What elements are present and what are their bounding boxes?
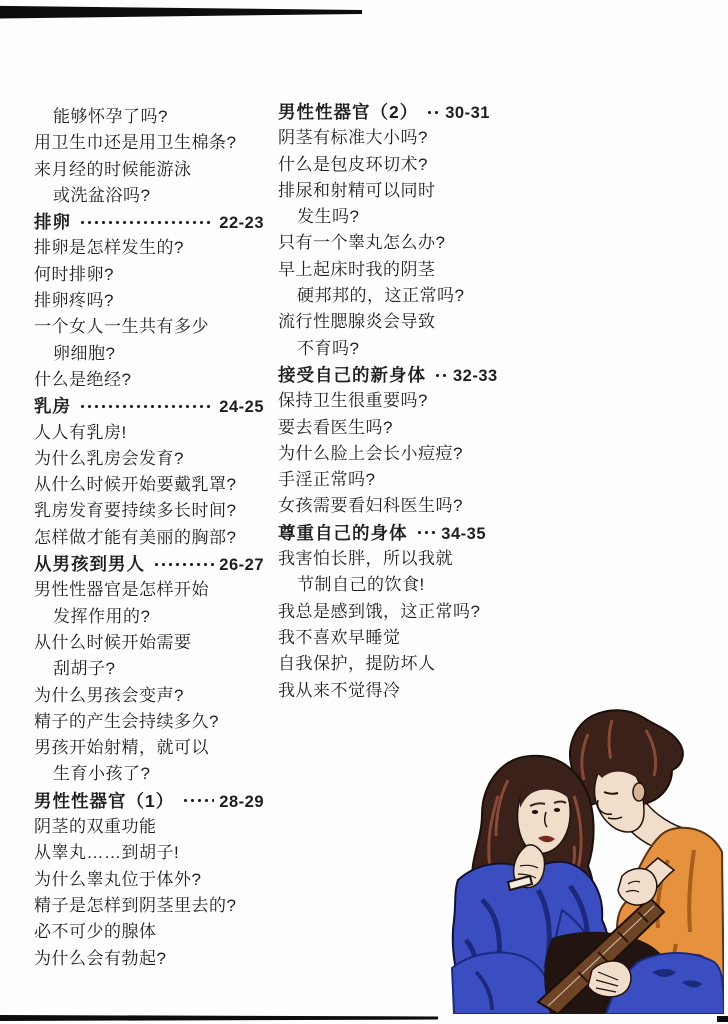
toc-text: 要去看医生吗? (278, 415, 393, 441)
toc-text: 必不可少的腺体 (34, 919, 157, 945)
toc-text: 早上起床时我的阴茎 (278, 257, 436, 283)
toc-text: 男性性器官是怎样开始 (34, 577, 209, 603)
toc-text: 排卵疼吗? (34, 288, 114, 314)
toc-section-heading: 男性性器官（2）30-31 (278, 99, 486, 125)
bottom-scan-bar (0, 1015, 438, 1021)
girl-eye (532, 810, 538, 814)
toc-question-item: 为什么会有勃起? (34, 946, 264, 972)
toc-text: 从什么时候开始需要 (34, 630, 192, 656)
toc-question-item: 男孩开始射精，就可以 (34, 735, 264, 761)
toc-question-item: 我总是感到饿，这正常吗? (278, 599, 486, 625)
toc-question-item: 早上起床时我的阴茎 (278, 257, 486, 283)
toc-question-item: 一个女人一生共有多少 (34, 314, 264, 340)
toc-question-item: 什么是包皮环切术? (278, 152, 486, 178)
toc-section-heading: 接受自己的新身体32-33 (278, 362, 486, 388)
toc-question-item: 何时排卵? (34, 262, 264, 288)
toc-question-item: 刮胡子? (34, 656, 264, 682)
toc-section-heading: 男性性器官（1）28-29 (34, 788, 264, 814)
toc-question-item: 卵细胞? (34, 341, 264, 367)
toc-question-item: 要去看医生吗? (278, 415, 486, 441)
toc-text: 用卫生巾还是用卫生棉条? (34, 130, 236, 156)
toc-question-item: 我不喜欢早睡觉 (278, 625, 486, 651)
toc-question-item: 手淫正常吗? (278, 467, 486, 493)
toc-question-item: 男性性器官是怎样开始 (34, 577, 264, 603)
toc-text: 何时排卵? (34, 262, 114, 288)
toc-question-item: 能够怀孕了吗? (34, 104, 264, 130)
toc-question-item: 阴茎的双重功能 (34, 814, 264, 840)
toc-text: 为什么脸上会长小痘痘? (278, 441, 463, 467)
teens-guitar-illustration (442, 700, 724, 1014)
dot-leader (79, 402, 214, 411)
toc-question-item: 女孩需要看妇科医生吗? (278, 493, 486, 519)
toc-question-item: 为什么睾丸位于体外? (34, 867, 264, 893)
toc-text: 排卵是怎样发生的? (34, 235, 184, 261)
girl-eye (554, 808, 560, 812)
toc-text: 来月经的时候能游泳 (34, 157, 192, 183)
toc-column-right: 男性性器官（2）30-31阴茎有标准大小吗?什么是包皮环切术?排尿和射精可以同时… (278, 99, 486, 704)
toc-question-item: 人人有乳房! (34, 420, 264, 446)
page-range: 32-33 (453, 363, 498, 389)
toc-question-item: 从什么时候开始需要 (34, 630, 264, 656)
toc-question-item: 阴茎有标准大小吗? (278, 125, 486, 151)
toc-text: 不育吗? (297, 336, 359, 362)
dot-leader (182, 796, 214, 805)
toc-text: 能够怀孕了吗? (53, 104, 168, 130)
toc-text: 或洗盆浴吗? (53, 183, 150, 209)
toc-text: 女孩需要看妇科医生吗? (278, 493, 463, 519)
toc-text: 刮胡子? (53, 656, 115, 682)
toc-text: 精子的产生会持续多久? (34, 709, 219, 735)
toc-question-item: 为什么男孩会变声? (34, 683, 264, 709)
toc-question-item: 用卫生巾还是用卫生棉条? (34, 130, 264, 156)
toc-question-item: 节制自己的饮食! (278, 572, 486, 598)
toc-text: 从睾丸……到胡子! (34, 840, 179, 866)
toc-text: 男性性器官（1） (34, 788, 174, 814)
page-range: 24-25 (219, 394, 264, 420)
toc-text: 乳房 (34, 393, 71, 419)
toc-question-item: 必不可少的腺体 (34, 919, 264, 945)
toc-question-item: 怎样做才能有美丽的胸部? (34, 525, 264, 551)
book-page: { "colors": { "paper": "#fefefe", "ink":… (0, 0, 728, 1024)
toc-text: 为什么睾丸位于体外? (34, 867, 201, 893)
toc-question-item: 自我保护，提防坏人 (278, 651, 486, 677)
toc-question-item: 精子是怎样到阴茎里去的? (34, 893, 264, 919)
toc-text: 排尿和射精可以同时 (278, 178, 436, 204)
toc-text: 只有一个睾丸怎么办? (278, 230, 445, 256)
page-range: 34-35 (441, 521, 486, 547)
toc-question-item: 发挥作用的? (34, 604, 264, 630)
toc-question-item: 排卵是怎样发生的? (34, 235, 264, 261)
toc-text: 自我保护，提防坏人 (278, 651, 436, 677)
toc-text: 阴茎的双重功能 (34, 814, 157, 840)
toc-text: 什么是绝经? (34, 367, 131, 393)
toc-question-item: 为什么乳房会发育? (34, 446, 264, 472)
toc-question-item: 保持卫生很重要吗? (278, 388, 486, 414)
toc-question-item: 发生吗? (278, 204, 486, 230)
boy-ear (633, 783, 645, 801)
toc-text: 我从来不觉得冷 (278, 678, 401, 704)
toc-text: 为什么会有勃起? (34, 946, 166, 972)
toc-text: 精子是怎样到阴茎里去的? (34, 893, 236, 919)
dot-leader (434, 371, 448, 380)
toc-question-item: 精子的产生会持续多久? (34, 709, 264, 735)
toc-text: 乳房发育要持续多长时间? (34, 498, 236, 524)
toc-text: 手淫正常吗? (278, 467, 375, 493)
corner-scan-mark (717, 1016, 728, 1022)
toc-section-heading: 从男孩到男人26-27 (34, 551, 264, 577)
toc-question-item: 为什么脸上会长小痘痘? (278, 441, 486, 467)
dot-leader (153, 560, 214, 569)
toc-question-item: 排尿和射精可以同时 (278, 178, 486, 204)
toc-text: 什么是包皮环切术? (278, 152, 428, 178)
page-range: 30-31 (445, 100, 490, 126)
toc-question-item: 我害怕长胖，所以我就 (278, 546, 486, 572)
toc-text: 节制自己的饮食! (297, 572, 425, 598)
toc-question-item: 或洗盆浴吗? (34, 183, 264, 209)
top-scan-bar (0, 5, 362, 19)
toc-text: 从什么时候开始要戴乳罩? (34, 472, 236, 498)
toc-text: 男孩开始射精，就可以 (34, 735, 209, 761)
toc-text: 接受自己的新身体 (278, 362, 426, 388)
toc-text: 阴茎有标准大小吗? (278, 125, 428, 151)
toc-column-left: 能够怀孕了吗?用卫生巾还是用卫生棉条?来月经的时候能游泳或洗盆浴吗?排卵22-2… (34, 104, 264, 972)
toc-text: 流行性腮腺炎会导致 (278, 309, 436, 335)
toc-text: 排卵 (34, 209, 71, 235)
toc-question-item: 什么是绝经? (34, 367, 264, 393)
toc-text: 硬邦邦的，这正常吗? (297, 283, 464, 309)
toc-question-item: 只有一个睾丸怎么办? (278, 230, 486, 256)
toc-section-heading: 排卵22-23 (34, 209, 264, 235)
toc-text: 发生吗? (297, 204, 359, 230)
toc-text: 卵细胞? (53, 341, 115, 367)
toc-text: 我不喜欢早睡觉 (278, 625, 401, 651)
illustration-canvas (442, 700, 724, 1014)
page-range: 22-23 (219, 210, 264, 236)
toc-text: 我害怕长胖，所以我就 (278, 546, 453, 572)
toc-question-item: 排卵疼吗? (34, 288, 264, 314)
toc-question-item: 来月经的时候能游泳 (34, 157, 264, 183)
toc-text: 生育小孩了? (53, 761, 150, 787)
toc-question-item: 不育吗? (278, 336, 486, 362)
toc-text: 保持卫生很重要吗? (278, 388, 428, 414)
toc-question-item: 生育小孩了? (34, 761, 264, 787)
toc-question-item: 从什么时候开始要戴乳罩? (34, 472, 264, 498)
toc-question-item: 从睾丸……到胡子! (34, 840, 264, 866)
toc-question-item: 硬邦邦的，这正常吗? (278, 283, 486, 309)
toc-text: 我总是感到饿，这正常吗? (278, 599, 480, 625)
toc-section-heading: 乳房24-25 (34, 393, 264, 419)
dot-leader (426, 108, 440, 117)
dot-leader (79, 218, 214, 227)
toc-text: 男性性器官（2） (278, 99, 418, 125)
toc-question-item: 乳房发育要持续多长时间? (34, 498, 264, 524)
toc-text: 尊重自己的身体 (278, 520, 408, 546)
page-range: 28-29 (219, 789, 264, 815)
toc-text: 发挥作用的? (53, 604, 150, 630)
toc-question-item: 流行性腮腺炎会导致 (278, 309, 486, 335)
toc-text: 从男孩到男人 (34, 551, 145, 577)
toc-text: 人人有乳房! (34, 420, 127, 446)
dot-leader (416, 528, 437, 537)
boy-strumming-hand (618, 869, 657, 906)
toc-text: 怎样做才能有美丽的胸部? (34, 525, 236, 551)
toc-text: 为什么男孩会变声? (34, 683, 184, 709)
toc-text: 为什么乳房会发育? (34, 446, 184, 472)
toc-section-heading: 尊重自己的身体34-35 (278, 520, 486, 546)
page-range: 26-27 (219, 552, 264, 578)
toc-text: 一个女人一生共有多少 (34, 314, 209, 340)
